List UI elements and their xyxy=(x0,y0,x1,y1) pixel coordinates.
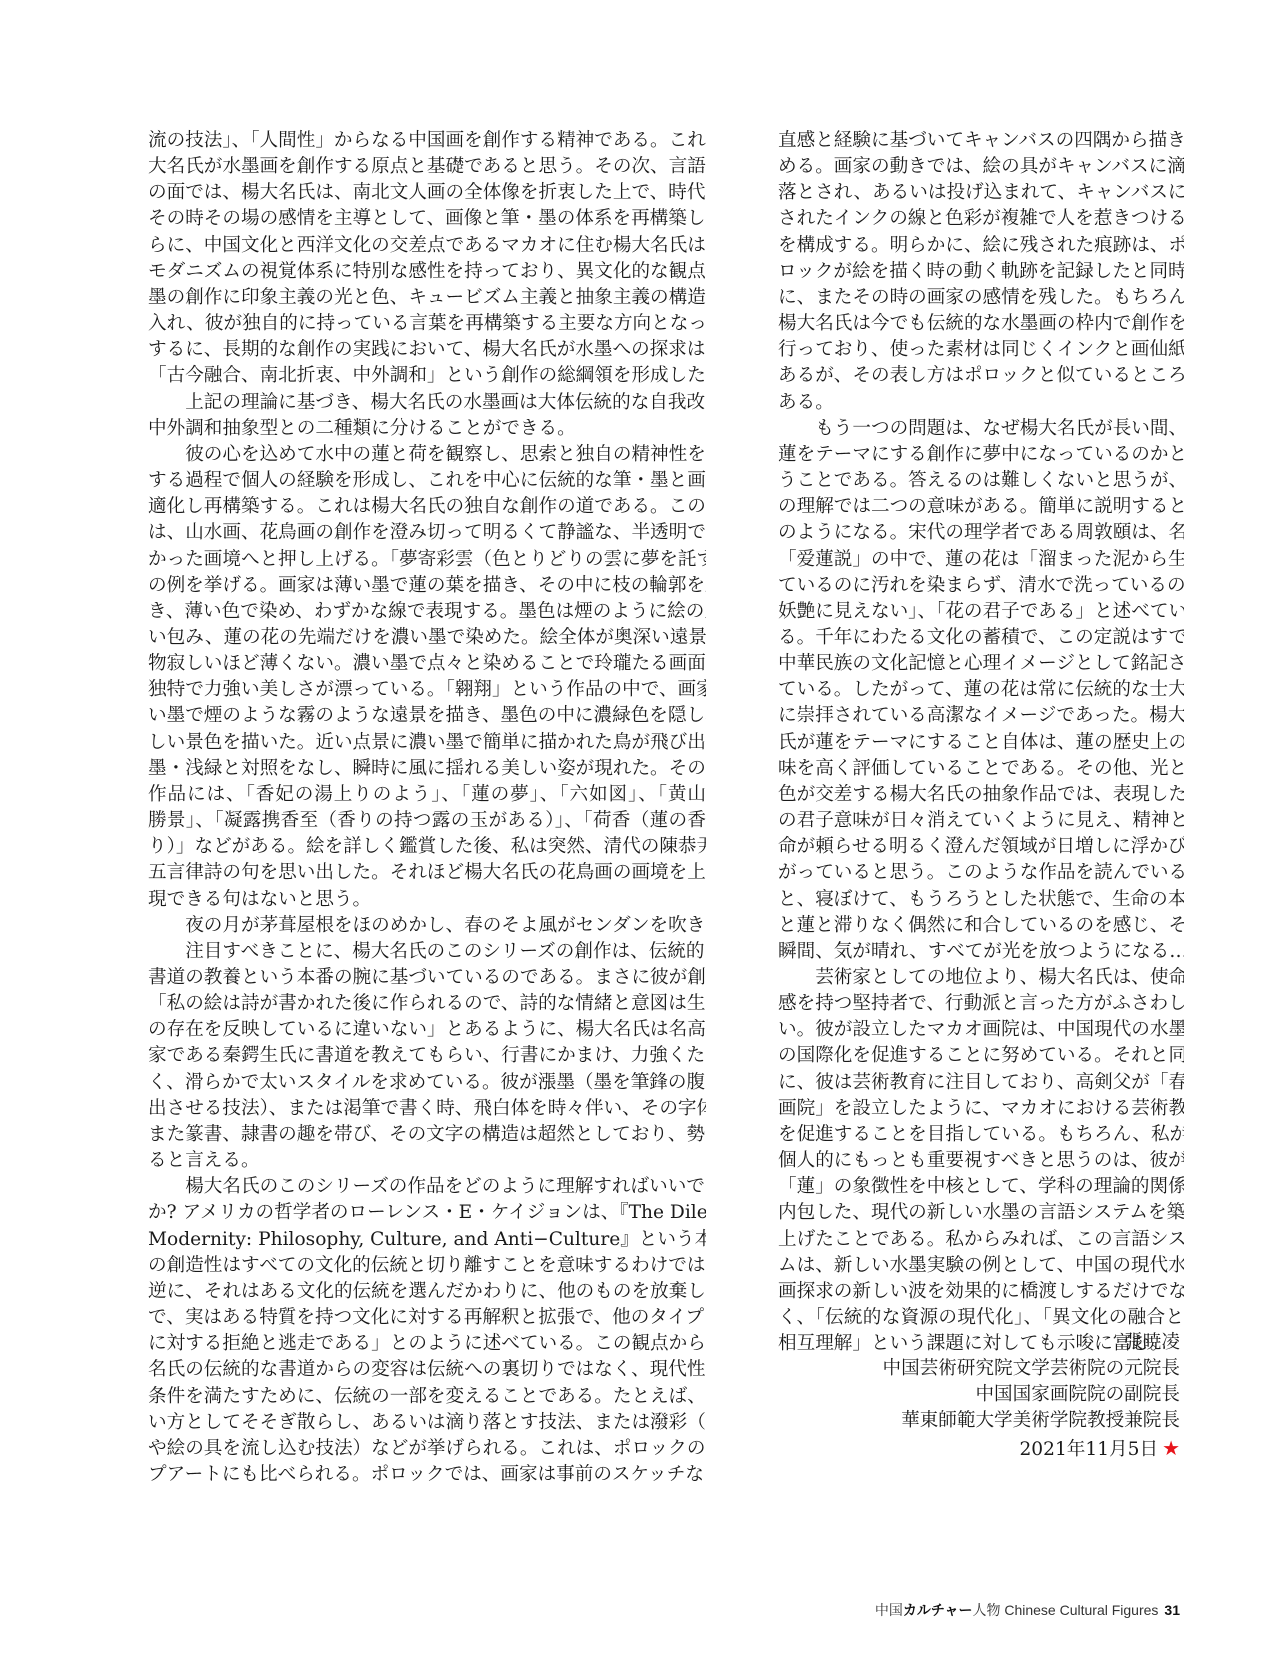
text-line: や絵の具を流し込む技法）などが挙げられる。これは、ポロックのドリッ xyxy=(148,1436,706,1462)
text-line: 芸術家としての地位より、楊大名氏は、使命 xyxy=(778,965,1184,991)
text-line: 物寂しいほど薄くない。濃い墨で点々と染めることで玲瓏たる画面の中に xyxy=(148,651,706,677)
text-line: 現できる句はないと思う。 xyxy=(148,887,706,913)
text-line: ている。したがって、蓮の花は常に伝統的な士大夫 xyxy=(778,677,1184,703)
text-line: の創造性はすべての文化的伝統と切り離すことを意味するわけではない。 xyxy=(148,1253,706,1279)
text-line: 上記の理論に基づき、楊大名氏の水墨画は大体伝統的な自我改善型と xyxy=(148,390,706,416)
text-line: に崇拝されている高潔なイメージであった。楊大名 xyxy=(778,703,1184,729)
text-line: く、「伝統的な資源の現代化」、「異文化の融合と xyxy=(778,1305,1184,1331)
text-line: 五言律詩の句を思い出した。それほど楊大名氏の花鳥画の画境を上手く表 xyxy=(148,860,706,886)
text-line: 夜の月が茅葺屋根をほのめかし、春のそよ風がセンダンを吹きすぎる。 xyxy=(148,913,706,939)
page-footer: 中国カルチャー人物 Chinese Cultural Figures31 xyxy=(875,1600,1180,1620)
text-line: Modernity: Philosophy, Culture, and Anti… xyxy=(148,1227,706,1253)
text-line: める。画家の動きでは、絵の具がキャンバスに滴り xyxy=(778,154,1184,180)
text-line: その時その場の感情を主導として、画像と筆・墨の体系を再構築した。さ xyxy=(148,206,706,232)
footer-suffix: 人物 Chinese Cultural Figures xyxy=(972,1602,1158,1618)
text-line: 中外調和抽象型との二種類に分けることができる。 xyxy=(148,416,706,442)
text-line: 「蓮」の象徴性を中核として、学科の理論的関係を xyxy=(778,1174,1184,1200)
text-line: 出させる技法）、または渇筆で書く時、飛白体を時々伴い、その字体には xyxy=(148,1096,706,1122)
text-line: 彼の心を込めて水中の蓮と荷を観察し、思索と独自の精神性を追求 xyxy=(148,442,706,468)
text-line: 直感と経験に基づいてキャンバスの四隅から描き始 xyxy=(778,128,1184,154)
text-line: がっていると思う。このような作品を読んでいる xyxy=(778,860,1184,886)
text-line: かった画境へと押し上げる。「夢寄彩雲（色とりどりの雲に夢を託す）」 xyxy=(148,547,706,573)
footer-brand: カルチャー xyxy=(903,1602,973,1618)
text-line: 条件を満たすために、伝統の一部を変えることである。たとえば、墨の使 xyxy=(148,1384,706,1410)
text-line: 中華民族の文化記憶と心理イメージとして銘記され xyxy=(778,651,1184,677)
text-line: の例を挙げる。画家は薄い墨で蓮の葉を描き、その中に枝の輪郭を線で描 xyxy=(148,573,706,599)
text-line: 楊大名氏のこのシリーズの作品をどのように理解すればいいであろう xyxy=(148,1174,706,1200)
text-line: 感を持つ堅持者で、行動派と言った方がふさわし xyxy=(778,991,1184,1017)
text-line: 楊大名氏は今でも伝統的な水墨画の枠内で創作を xyxy=(778,311,1184,337)
text-line: る。千年にわたる文化の蓄積で、この定説はすでに xyxy=(778,625,1184,651)
text-line: されたインクの線と色彩が複雑で人を惹きつける絵 xyxy=(778,206,1184,232)
text-line: 内包した、現代の新しい水墨の言語システムを築け xyxy=(778,1200,1184,1226)
text-line: の君子意味が日々消えていくように見え、精神と生 xyxy=(778,808,1184,834)
text-line: に、彼は芸術教育に注目しており、高剣父が「春睡 xyxy=(778,1070,1184,1096)
date-line: 2021年11月5日★ xyxy=(882,1435,1180,1463)
author-title-1: 中国芸術研究院文学芸術院の元院長 xyxy=(882,1356,1180,1382)
text-line: ある。 xyxy=(778,390,1184,416)
text-line: の面では、楊大名氏は、南北文人画の全体像を折衷した上で、時代経験と xyxy=(148,180,706,206)
text-line: 妖艶に見えない」、「花の君子である」と述べてい xyxy=(778,599,1184,625)
author-title-3: 華東師範大学美術学院教授兼院長 xyxy=(882,1408,1180,1434)
text-line: 墨の創作に印象主義の光と色、キュービズム主義と抽象主義の構造を取り xyxy=(148,285,706,311)
text-line: を構成する。明らかに、絵に残された痕跡は、ポ xyxy=(778,233,1184,259)
text-line: ているのに汚れを染まらず、清水で洗っているのに xyxy=(778,573,1184,599)
text-line: プアートにも比べられる。ポロックでは、画家は事前のスケッチなしで、 xyxy=(148,1462,706,1488)
text-line: 氏が蓮をテーマにすること自体は、蓮の歴史上の意 xyxy=(778,730,1184,756)
text-line: する過程で個人の経験を形成し、これを中心に伝統的な筆・墨と画像を最 xyxy=(148,468,706,494)
text-line: モダニズムの視覚体系に特別な感性を持っており、異文化的な観点で、水 xyxy=(148,259,706,285)
text-line: 家である秦鍔生氏に書道を教えてもらい、行書にかまけ、力強くたくまし xyxy=(148,1043,706,1069)
text-line: もう一つの問題は、なぜ楊大名氏が長い間、 xyxy=(778,416,1184,442)
text-line: を促進することを目指している。もちろん、私が xyxy=(778,1122,1184,1148)
text-line: は、山水画、花鳥画の創作を澄み切って明るくて静謐な、半透明で霧のか xyxy=(148,520,706,546)
text-line: 入れ、彼が独自的に持っている言葉を再構築する主要な方向となった。要 xyxy=(148,311,706,337)
text-line: 「私の絵は詩が書かれた後に作られるので、詩的な情緒と意図は生命現象 xyxy=(148,991,706,1017)
article-column-left: 流の技法」、「人間性」からなる中国画を創作する精神である。これは楊大名氏が水墨画… xyxy=(148,128,706,1488)
text-line: ロックが絵を描く時の動く軌跡を記録したと同時 xyxy=(778,259,1184,285)
text-line: で、実はある特質を持つ文化に対する再解釈と拡張で、他のタイプの文化 xyxy=(148,1305,706,1331)
text-line: 命が頼らせる明るく澄んだ領域が日増しに浮かび上 xyxy=(778,834,1184,860)
author-title-2: 中国国家画院院の副院長 xyxy=(882,1382,1180,1408)
text-line: 「古今融合、南北折衷、中外調和」という創作の総綱領を形成した。 xyxy=(148,363,706,389)
text-line: のようになる。宋代の理学者である周敦頤は、名編 xyxy=(778,520,1184,546)
text-line: 味を高く評価していることである。その他、光と墨 xyxy=(778,756,1184,782)
text-line: ると言える。 xyxy=(148,1148,706,1174)
text-line: の国際化を促進することに努めている。それと同時 xyxy=(778,1043,1184,1069)
text-line: と、寝ぼけて、もうろうとした状態で、生命の本質 xyxy=(778,887,1184,913)
text-line: 「爱蓮説」の中で、蓮の花は「溜まった泥から生え xyxy=(778,547,1184,573)
text-line: の存在を反映しているに違いない」とあるように、楊大名氏は名高い書道 xyxy=(148,1017,706,1043)
text-line: 上げたことである。私からみれば、この言語システ xyxy=(778,1227,1184,1253)
text-line: するに、長期的な創作の実践において、楊大名氏が水墨への探求は徐々に xyxy=(148,337,706,363)
text-line: 落とされ、あるいは投げ込まれて、キャンバスに残 xyxy=(778,180,1184,206)
text-line: 独特で力強い美しさが漂っている。「翱翔」という作品の中で、画家は淡 xyxy=(148,677,706,703)
text-line: 流の技法」、「人間性」からなる中国画を創作する精神である。これは楊 xyxy=(148,128,706,154)
text-line: 色が交差する楊大名氏の抽象作品では、表現した蓮 xyxy=(778,782,1184,808)
text-line: らに、中国文化と西洋文化の交差点であるマカオに住む楊大名氏は、西洋 xyxy=(148,233,706,259)
text-line: うことである。答えるのは難しくないと思うが、私 xyxy=(778,468,1184,494)
text-line: 逆に、それはある文化的伝統を選んだかわりに、他のものを放棄しただけ xyxy=(148,1279,706,1305)
text-line: ムは、新しい水墨実験の例として、中国の現代水墨 xyxy=(778,1253,1184,1279)
text-line: 画探求の新しい波を効果的に橋渡しするだけでな xyxy=(778,1279,1184,1305)
text-line: と蓮と滞りなく偶然に和合しているのを感じ、その xyxy=(778,913,1184,939)
text-line: 注目すべきことに、楊大名氏のこのシリーズの創作は、伝統的な詩と xyxy=(148,939,706,965)
text-line: い墨で煙のような霧のような遠景を描き、墨色の中に濃緑色を隠し、春ら xyxy=(148,703,706,729)
article-column-right: 直感と経験に基づいてキャンバスの四隅から描き始める。画家の動きでは、絵の具がキャ… xyxy=(778,128,1184,1357)
text-line: か? アメリカの哲学者のローレンス・E・ケイジョンは、『The Dilemma … xyxy=(148,1200,706,1226)
text-line: 適化し再構築する。これは楊大名氏の独自な創作の道である。この方法 xyxy=(148,494,706,520)
text-line: い。彼が設立したマカオ画院は、中国現代の水墨画 xyxy=(778,1017,1184,1043)
text-line: 画院」を設立したように、マカオにおける芸術教育 xyxy=(778,1096,1184,1122)
text-line: 書道の教養という本番の腕に基づいているのである。まさに彼が創作中、 xyxy=(148,965,706,991)
text-line: き、薄い色で染め、わずかな線で表現する。墨色は煙のように絵の上を覆 xyxy=(148,599,706,625)
text-line: 蓮をテーマにする創作に夢中になっているのかとい xyxy=(778,442,1184,468)
text-line: 行っており、使った素材は同じくインクと画仙紙で xyxy=(778,337,1184,363)
text-line: 名氏の伝統的な書道からの変容は伝統への裏切りではなく、現代性という xyxy=(148,1357,706,1383)
text-line: 墨・浅緑と対照をなし、瞬時に風に揺れる美しい姿が現れた。そのような xyxy=(148,756,706,782)
footer-prefix: 中国 xyxy=(875,1602,903,1618)
text-line: 個人的にもっとも重要視すべきと思うのは、彼が xyxy=(778,1148,1184,1174)
text-line: あるが、その表し方はポロックと似ているところも xyxy=(778,363,1184,389)
text-line: 大名氏が水墨画を創作する原点と基礎であると思う。その次、言語と技術 xyxy=(148,154,706,180)
signature-block: 張暁凌 中国芸術研究院文学芸術院の元院長 中国国家画院院の副院長 華東師範大学美… xyxy=(882,1330,1180,1463)
text-line: 勝景」、「凝露携香至（香りの持つ露の玉がある）」、「荷香（蓮の香 xyxy=(148,808,706,834)
text-line: い包み、蓮の花の先端だけを濃い墨で染めた。絵全体が奥深い遠景だが、 xyxy=(148,625,706,651)
text-line: り）」などがある。絵を詳しく鑑賞した後、私は突然、清代の陳恭尹氏の xyxy=(148,834,706,860)
text-line: 作品には、「香妃の湯上りのよう」、「蓮の夢」、「六如図」、「黄山 xyxy=(148,782,706,808)
article-date: 2021年11月5日 xyxy=(1019,1439,1158,1460)
text-line: の理解では二つの意味がある。簡単に説明すると次 xyxy=(778,494,1184,520)
page-number: 31 xyxy=(1164,1602,1180,1618)
text-line: く、滑らかで太いスタイルを求めている。彼が漲墨（墨を筆鋒の腹から流 xyxy=(148,1070,706,1096)
text-line: また篆書、隷書の趣を帯び、その文字の構造は超然としており、勢いがあ xyxy=(148,1122,706,1148)
text-line: 瞬間、気が晴れ、すべてが光を放つようになる… xyxy=(778,939,1184,965)
author-name: 張暁凌 xyxy=(882,1330,1180,1356)
text-line: に、またその時の画家の感情を残した。もちろん、 xyxy=(778,285,1184,311)
text-line: に対する拒絶と逃走である」とのように述べている。この観点から、楊大 xyxy=(148,1331,706,1357)
star-icon: ★ xyxy=(1162,1436,1180,1460)
text-line: い方としてそそぎ散らし、あるいは滴り落とす技法、または潑彩（紙に墨 xyxy=(148,1410,706,1436)
text-line: しい景色を描いた。近い点景に濃い墨で簡単に描かれた鳥が飛び出し、淡 xyxy=(148,730,706,756)
